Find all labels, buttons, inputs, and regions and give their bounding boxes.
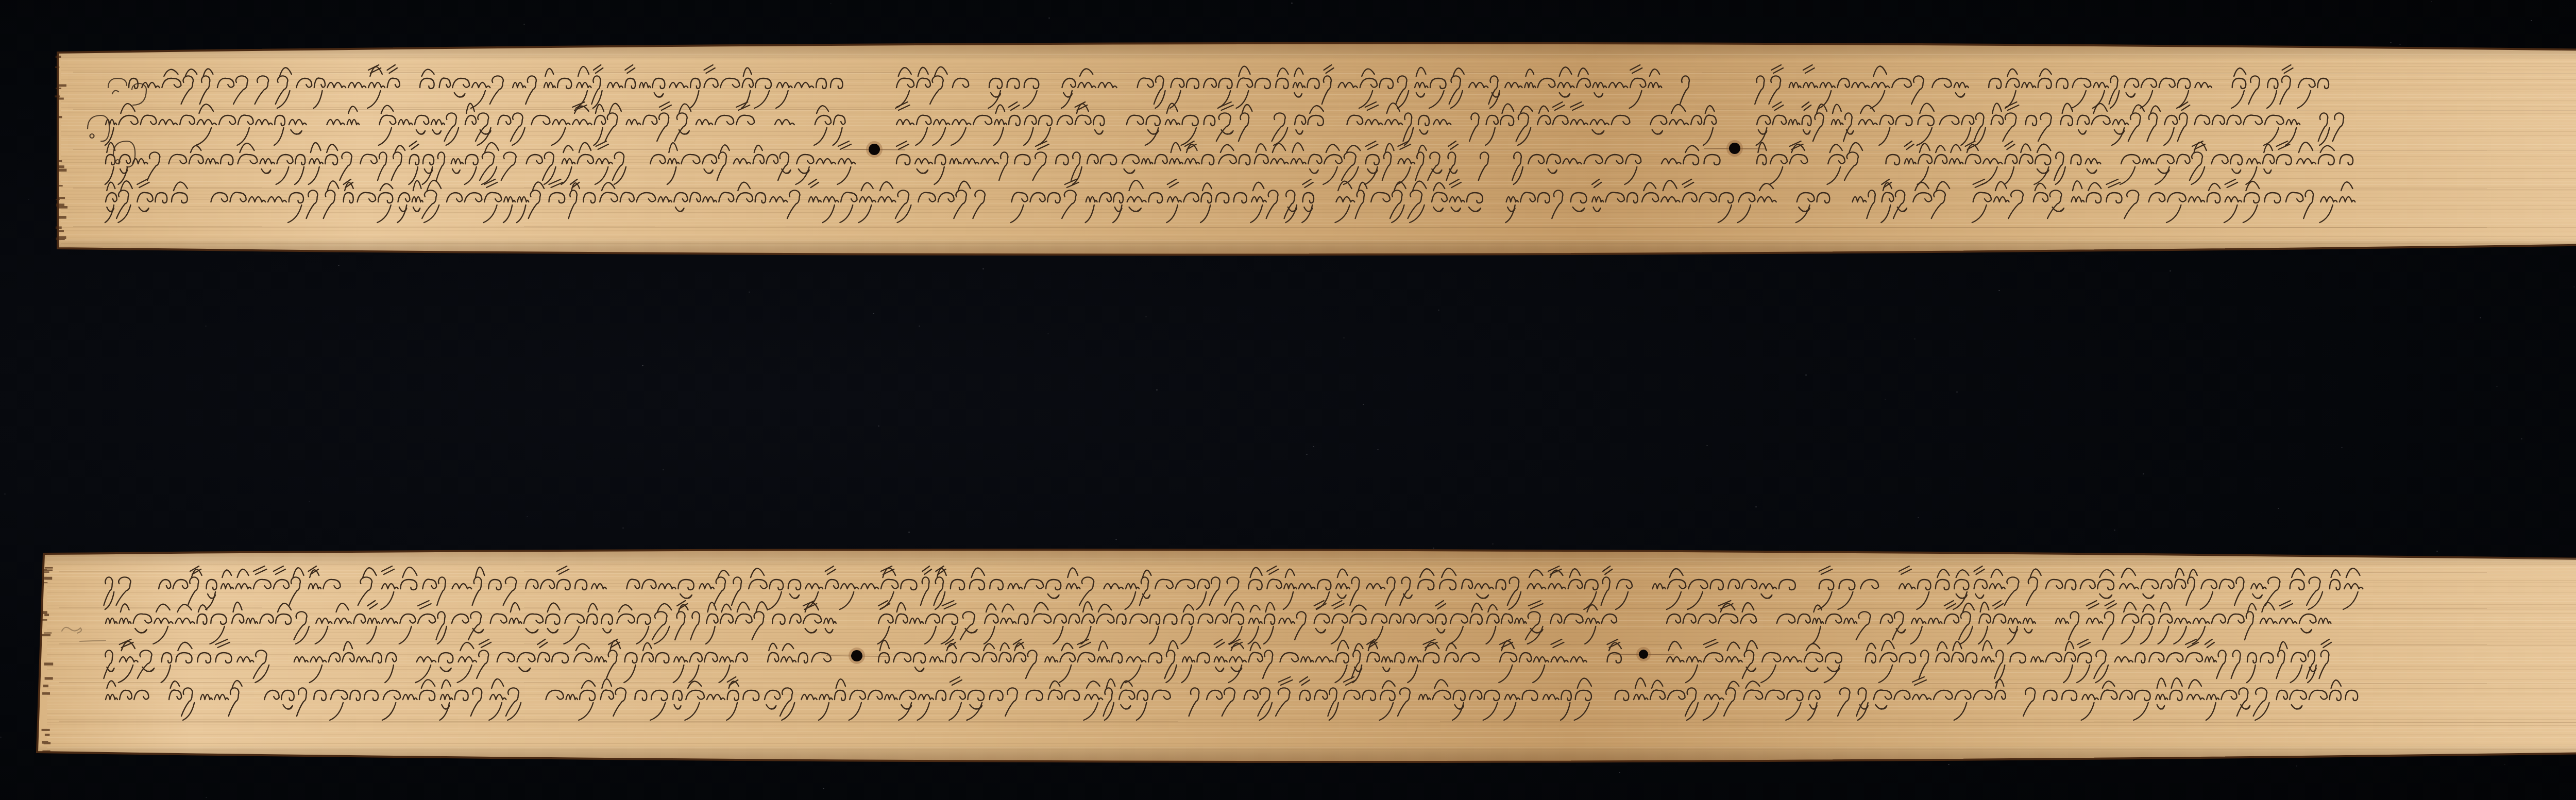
leaf-drawing	[0, 0, 2576, 800]
